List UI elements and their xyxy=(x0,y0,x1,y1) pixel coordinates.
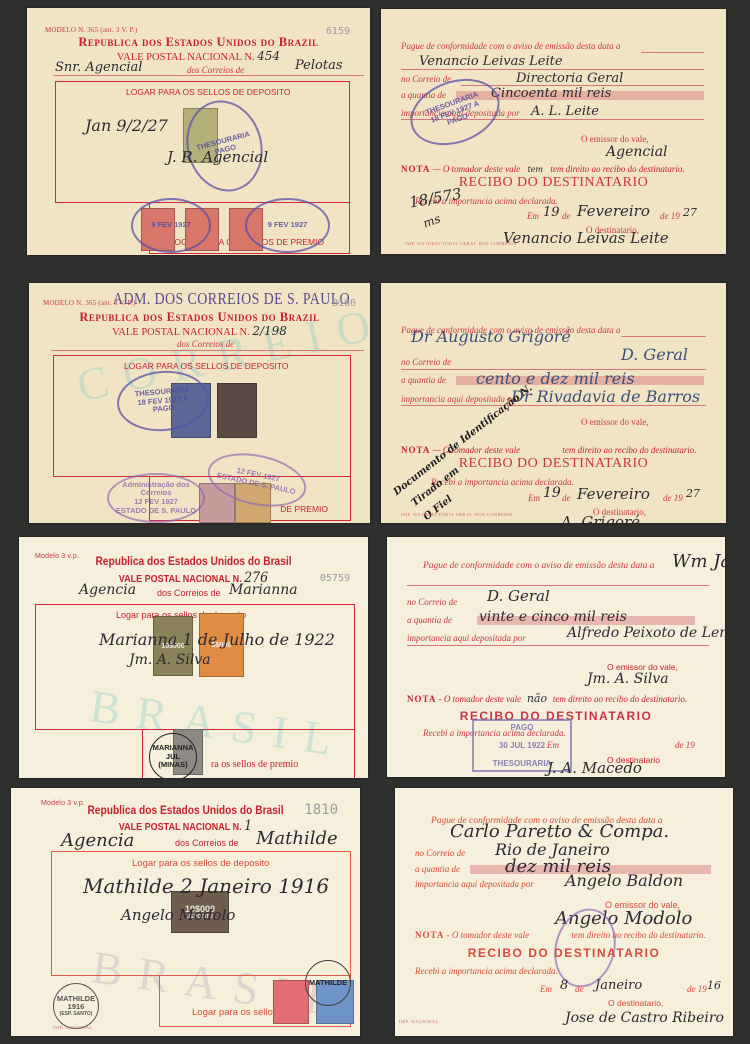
model-label: MODELO N. 365 (ant. 3 V. P.) xyxy=(45,26,137,34)
vale-number: 454 xyxy=(257,49,280,63)
imprint: IMP. NACIONAL xyxy=(399,1019,439,1024)
em-year-label: de 19 xyxy=(687,984,707,994)
depositor: Dr Rivadavia de Barros xyxy=(511,387,700,406)
em-year-label: de 19 xyxy=(675,740,695,750)
premium-box-label: DE PREMIO xyxy=(280,504,328,514)
deposit-box-label: Logar para os sellos de deposito xyxy=(132,858,269,869)
nota-line: NOTA — O tomador deste vale tem tem dire… xyxy=(401,164,685,174)
depositor: A. L. Leite xyxy=(531,104,599,119)
money-order-card-3-back: Pague de conformidade com o aviso de emi… xyxy=(387,537,725,777)
em-year: 27 xyxy=(686,487,700,500)
correio-label: no Correio de xyxy=(407,597,457,607)
handwriting-date: Marianna 1 de Julho de 1922 xyxy=(99,630,335,649)
de-label: de xyxy=(562,211,571,221)
marianna-postmark: MARIANNAJUL(MINAS) xyxy=(149,733,197,778)
recibo-title: RECIBO DO DESTINATARIO xyxy=(395,946,733,960)
correio-value: Directoria Geral xyxy=(516,71,623,86)
em-year-label: de 19 xyxy=(660,211,680,221)
destinatario-label: O destinatario, xyxy=(608,998,663,1008)
de-label: de xyxy=(562,493,571,503)
money-order-card-3-front: BRASIL Modelo 3 v.p. Republica dos Estad… xyxy=(19,537,368,778)
em-month: Janeiro xyxy=(595,978,642,993)
card-title: Republica dos Estados Unidos do Brazil xyxy=(29,310,370,325)
card-title: Republica dos Estados Unidos do Brazil xyxy=(27,35,370,50)
deposit-stamp-brown xyxy=(217,383,257,438)
correio-value: D. Geral xyxy=(487,587,550,605)
annotation-initials: ms xyxy=(421,211,442,230)
emissor-label: O emissor do vale, xyxy=(581,417,649,427)
vale-number: 2/198 xyxy=(252,324,287,338)
premium-stamp-red xyxy=(273,980,309,1024)
handwriting-date: Jan 9/2/27 xyxy=(85,116,168,135)
agency-handwriting: Agencia xyxy=(61,830,134,851)
importancia-label: importancia aqui depositada por xyxy=(415,879,534,889)
handwriting-signature: Angelo Modolo xyxy=(121,906,235,924)
correios-label: dos Correios de xyxy=(177,339,234,349)
destinatario-signature: A. Grigoré xyxy=(561,513,640,523)
emissor-signature: Jm. A. Silva xyxy=(587,671,669,687)
premium-box-label: Logar para os sellos xyxy=(192,1007,278,1018)
em-year-label: de 19 xyxy=(663,493,683,503)
em-month: Fevereiro xyxy=(577,485,650,503)
em-day: 19 xyxy=(543,485,561,501)
quantia-label: a quantia de xyxy=(401,375,446,385)
handwriting-date: Mathilde 2 Janeiro 1916 xyxy=(83,874,329,898)
deposit-box-label: LOGAR PARA OS SELLOS DE DEPOSITO xyxy=(126,87,291,97)
em-day: 19 xyxy=(543,205,560,220)
nota-line: NOTA - O tomador deste vale não tem dire… xyxy=(407,692,687,705)
pague-label: Pague de conformidade com o aviso de emi… xyxy=(401,41,620,51)
imprint: IMP. DA DIRECTORIA GERAL DOS CORREIOS xyxy=(405,241,517,246)
money-order-card-2-back: Pague de conformidade com o aviso de emi… xyxy=(381,283,726,523)
mathilde-postmark: MATHILDE1916(ESP. SANTO) xyxy=(53,983,99,1029)
money-order-card-4-front: BRASIL Modelo 3 v.p. Republica dos Estad… xyxy=(11,788,360,1036)
em-label: Em xyxy=(527,211,539,221)
card-title: Republica dos Estados Unidos do Brasil xyxy=(45,554,342,568)
em-label: Em xyxy=(528,493,540,503)
destinatario-signature: J. A. Macedo xyxy=(547,759,642,777)
correios-place: Mathilde xyxy=(256,828,338,849)
correios-place: Marianna xyxy=(229,582,298,598)
mathilde-postmark-on-stamp: MATHILDE xyxy=(305,960,351,1006)
adm-overprint: ADM. DOS CORREIOS DE S. PAULO xyxy=(113,289,350,309)
correios-place: Pelotas xyxy=(295,58,343,73)
depositor: Alfredo Peixoto de Lemos xyxy=(567,625,725,641)
quantia-value: Cincoenta mil reis xyxy=(491,86,611,101)
deposit-box-label: LOGAR PARA OS SELLOS DE DEPOSITO xyxy=(124,361,289,371)
handwriting-signature: J. R. Agencial xyxy=(167,148,268,166)
nota-line: NOTA - O tomador deste vale tem direito … xyxy=(415,930,706,940)
correio-label: no Correio de xyxy=(401,357,451,367)
premium-cancel-oval-1: Administração dos Correios12 FEV 1927EST… xyxy=(107,473,205,523)
imprint: IMP. DA DIRECTORIA GERAL DOS CORREIOS xyxy=(401,512,513,517)
payee-line-1: Wm Jackson xyxy=(672,551,725,572)
quantia-value: vinte e cinco mil reis xyxy=(479,609,627,625)
correio-value: D. Geral xyxy=(621,345,688,364)
destinatario-signature: Venancio Leivas Leite xyxy=(503,229,669,247)
money-order-card-1-back: Pague de conformidade com o aviso de emi… xyxy=(381,9,726,254)
serial-number: 8160 xyxy=(332,298,356,309)
payee: Dr Augusto Grigoré xyxy=(411,327,571,346)
agency-handwriting: Snr. Agencial xyxy=(55,60,142,75)
card-title: Republica dos Estados Unidos do Brasil xyxy=(37,803,334,817)
serial-number: 1810 xyxy=(304,802,338,818)
em-month: Fevereiro xyxy=(577,202,650,220)
money-order-card-2-front: CORREIOS MODELO N. 365 (ant. 3 V. P.) AD… xyxy=(29,283,370,523)
em-year: 16 xyxy=(707,979,721,992)
payee: Venancio Leivas Leite xyxy=(419,54,563,69)
quantia-label: a quantia de xyxy=(407,615,452,625)
premium-box-label: ra os sellos de premio xyxy=(211,759,298,770)
em-label: Em xyxy=(547,740,559,750)
correios-label: dos Correios de xyxy=(175,838,239,848)
money-order-card-4-back: Pague de conformidade com o aviso de emi… xyxy=(395,788,733,1036)
vale-number: 1 xyxy=(244,818,252,834)
em-label: Em xyxy=(540,984,552,994)
serial-number: 05759 xyxy=(320,573,350,584)
agency-handwriting: Agencia xyxy=(79,582,136,598)
vale-label: VALE POSTAL NACIONAL N. 2/198 xyxy=(29,324,370,338)
de-label: de xyxy=(575,984,584,994)
correios-label: dos Correios de xyxy=(187,65,244,75)
imprint: IMP. NACIONAL xyxy=(53,1025,93,1030)
em-year: 27 xyxy=(683,206,697,219)
correios-label: dos Correios de xyxy=(157,588,221,598)
premium-cancel-oval-2: 9 FEV 1927 xyxy=(245,198,330,253)
correio-label: no Correio de xyxy=(415,848,465,858)
recebi-label: Recebi a importancia acima declarada. xyxy=(415,966,558,976)
importancia-label: importancia aqui depositada por xyxy=(407,633,526,643)
depositor: Angelo Baldon xyxy=(565,871,683,890)
pague-label: Pague de conformidade com o aviso de emi… xyxy=(423,561,655,571)
destinatario-signature: Jose de Castro Ribeiro xyxy=(565,1010,724,1026)
money-order-card-1-front: MODELO N. 365 (ant. 3 V. P.) 6159 Republ… xyxy=(27,8,370,255)
handwriting-signature: Jm. A. Silva xyxy=(129,652,211,668)
payee: Carlo Paretto & Compa. xyxy=(450,821,669,842)
quantia-label: a quantia de xyxy=(415,864,460,874)
emissor-label: O emissor do vale, xyxy=(581,134,649,144)
emissor-signature: Agencial xyxy=(606,144,668,160)
quantia-value: cento e dez mil reis xyxy=(476,369,635,388)
premium-cancel-oval-1: 9 FEV 1927 xyxy=(131,198,211,253)
em-day: 8 xyxy=(560,978,568,993)
